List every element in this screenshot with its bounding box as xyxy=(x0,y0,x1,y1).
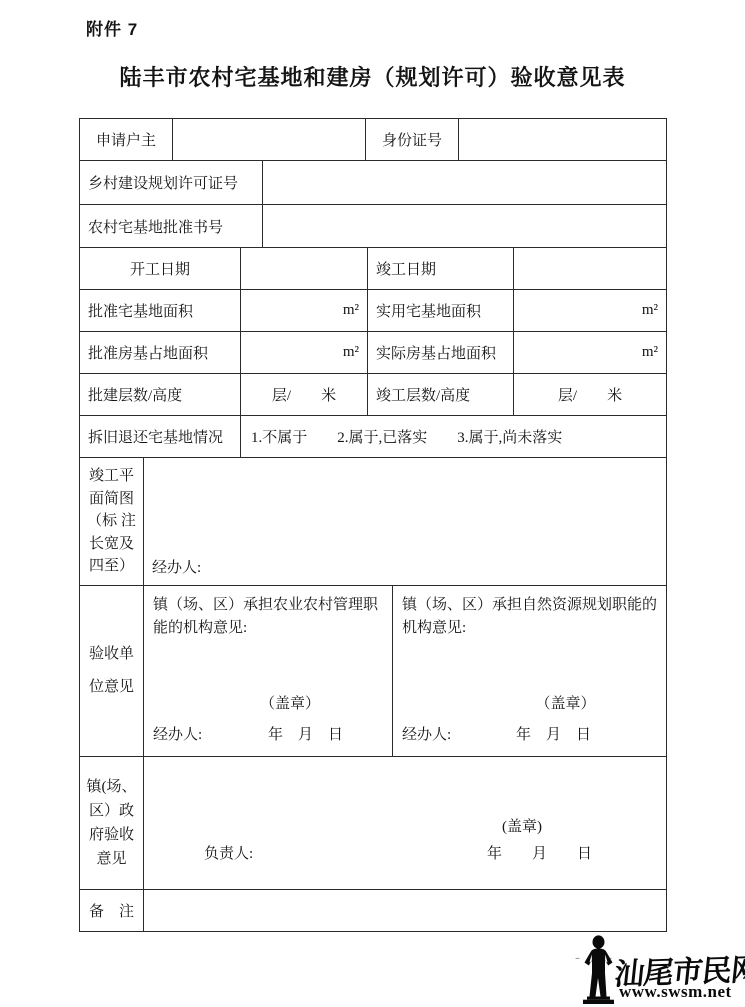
table-row: 竣工平 面简图 （标 注 长宽及 四至） 经办人: xyxy=(80,458,666,586)
applicant-label: 申请户主 xyxy=(80,119,173,160)
scanned-form-page: 附件 7 陆丰市农村宅基地和建房（规划许可）验收意见表 申请户主 身份证号 乡村… xyxy=(0,0,745,1007)
approved-floors-value: 层/ 米 xyxy=(241,374,368,415)
watermark-site-url: www.swsm.net xyxy=(619,982,732,1002)
government-opinion-area: (盖章) 负责人: 年 月 日 xyxy=(144,757,666,889)
demolition-status-label: 拆旧退还宅基地情况 xyxy=(80,416,241,457)
agent-signature-line: 经办人: 年 月 日 xyxy=(402,724,657,747)
completed-floors-value: 层/ 米 xyxy=(514,374,666,415)
agriculture-agency-opinion-text: 镇（场、区）承担农业农村管理职能的机构意见: xyxy=(153,597,378,636)
completed-floors-label: 竣工层数/高度 xyxy=(368,374,514,415)
date-blank: 年 月 日 xyxy=(268,724,343,747)
acceptance-unit-label: 验收单 位意见 xyxy=(80,586,144,756)
table-row: 开工日期 竣工日期 xyxy=(80,248,666,290)
date-blank: 年 月 日 xyxy=(487,842,592,863)
manager-label: 负责人: xyxy=(204,842,253,863)
table-row: 批准宅基地面积 m² 实用宅基地面积 m² xyxy=(80,290,666,332)
approval-number-label: 农村宅基地批准书号 xyxy=(80,205,263,247)
actual-homestead-area-label: 实用宅基地面积 xyxy=(368,290,514,331)
demolition-status-options: 1.不属于 2.属于,已落实 3.属于,尚未落实 xyxy=(241,416,666,457)
agriculture-agency-opinion-cell: 镇（场、区）承担农业农村管理职能的机构意见: （盖章） 经办人: 年 月 日 xyxy=(144,586,393,756)
approval-number-value-cell xyxy=(263,205,666,247)
planning-permit-label: 乡村建设规划许可证号 xyxy=(80,161,263,204)
id-number-value-cell xyxy=(459,119,666,160)
plan-sketch-area: 经办人: xyxy=(144,458,666,585)
notes-value-cell xyxy=(144,890,666,931)
natural-resources-agency-opinion-text: 镇（场、区）承担自然资源规划职能的机构意见: xyxy=(402,597,657,636)
approved-floors-label: 批建层数/高度 xyxy=(80,374,241,415)
table-row: 批准房基占地面积 m² 实际房基占地面积 m² xyxy=(80,332,666,374)
approved-homestead-area-unit: m² xyxy=(241,290,368,331)
natural-resources-agency-opinion-cell: 镇（场、区）承担自然资源规划职能的机构意见: （盖章） 经办人: 年 月 日 xyxy=(393,586,666,756)
stamp-placeholder: （盖章） xyxy=(144,693,392,716)
table-row: 验收单 位意见 镇（场、区）承担农业农村管理职能的机构意见: （盖章） 经办人:… xyxy=(80,586,666,757)
table-row: 乡村建设规划许可证号 xyxy=(80,161,666,205)
applicant-value-cell xyxy=(173,119,366,160)
start-date-label: 开工日期 xyxy=(80,248,241,289)
start-date-value-cell xyxy=(241,248,368,289)
table-row: 申请户主 身份证号 xyxy=(80,119,666,161)
actual-foundation-area-label: 实际房基占地面积 xyxy=(368,332,514,373)
date-blank: 年 月 日 xyxy=(516,724,591,747)
approved-foundation-area-unit: m² xyxy=(241,332,368,373)
page-title: 陆丰市农村宅基地和建房（规划许可）验收意见表 xyxy=(0,61,745,92)
actual-homestead-area-unit: m² xyxy=(514,290,666,331)
actual-foundation-area-unit: m² xyxy=(514,332,666,373)
acceptance-form-table: 申请户主 身份证号 乡村建设规划许可证号 农村宅基地批准书号 开工日期 竣工日期… xyxy=(79,118,667,932)
completion-date-value-cell xyxy=(514,248,666,289)
plan-sketch-label: 竣工平 面简图 （标 注 长宽及 四至） xyxy=(80,458,144,585)
attachment-label: 附件 7 xyxy=(86,15,138,40)
approved-foundation-area-label: 批准房基占地面积 xyxy=(80,332,241,373)
site-watermark: - 1 - 汕尾市民网 www.swsm.net xyxy=(553,933,745,1007)
stamp-placeholder: （盖章） xyxy=(393,693,666,716)
agent-label: 经办人: xyxy=(153,724,202,747)
table-row: 镇(场、 区）政 府验收 意见 (盖章) 负责人: 年 月 日 xyxy=(80,757,666,890)
table-row: 备 注 xyxy=(80,890,666,931)
planning-permit-value-cell xyxy=(263,161,666,204)
approved-homestead-area-label: 批准宅基地面积 xyxy=(80,290,241,331)
notes-label: 备 注 xyxy=(80,890,144,931)
agent-label: 经办人: xyxy=(402,724,451,747)
completion-date-label: 竣工日期 xyxy=(368,248,514,289)
table-row: 农村宅基地批准书号 xyxy=(80,205,666,248)
government-opinion-label: 镇(场、 区）政 府验收 意见 xyxy=(80,757,144,889)
stamp-placeholder: (盖章) xyxy=(502,815,542,836)
table-row: 拆旧退还宅基地情况 1.不属于 2.属于,已落实 3.属于,尚未落实 xyxy=(80,416,666,458)
table-row: 批建层数/高度 层/ 米 竣工层数/高度 层/ 米 xyxy=(80,374,666,416)
agent-signature-line: 经办人: 年 月 日 xyxy=(153,724,383,747)
plan-agent-label: 经办人: xyxy=(152,556,201,577)
id-number-label: 身份证号 xyxy=(366,119,459,160)
